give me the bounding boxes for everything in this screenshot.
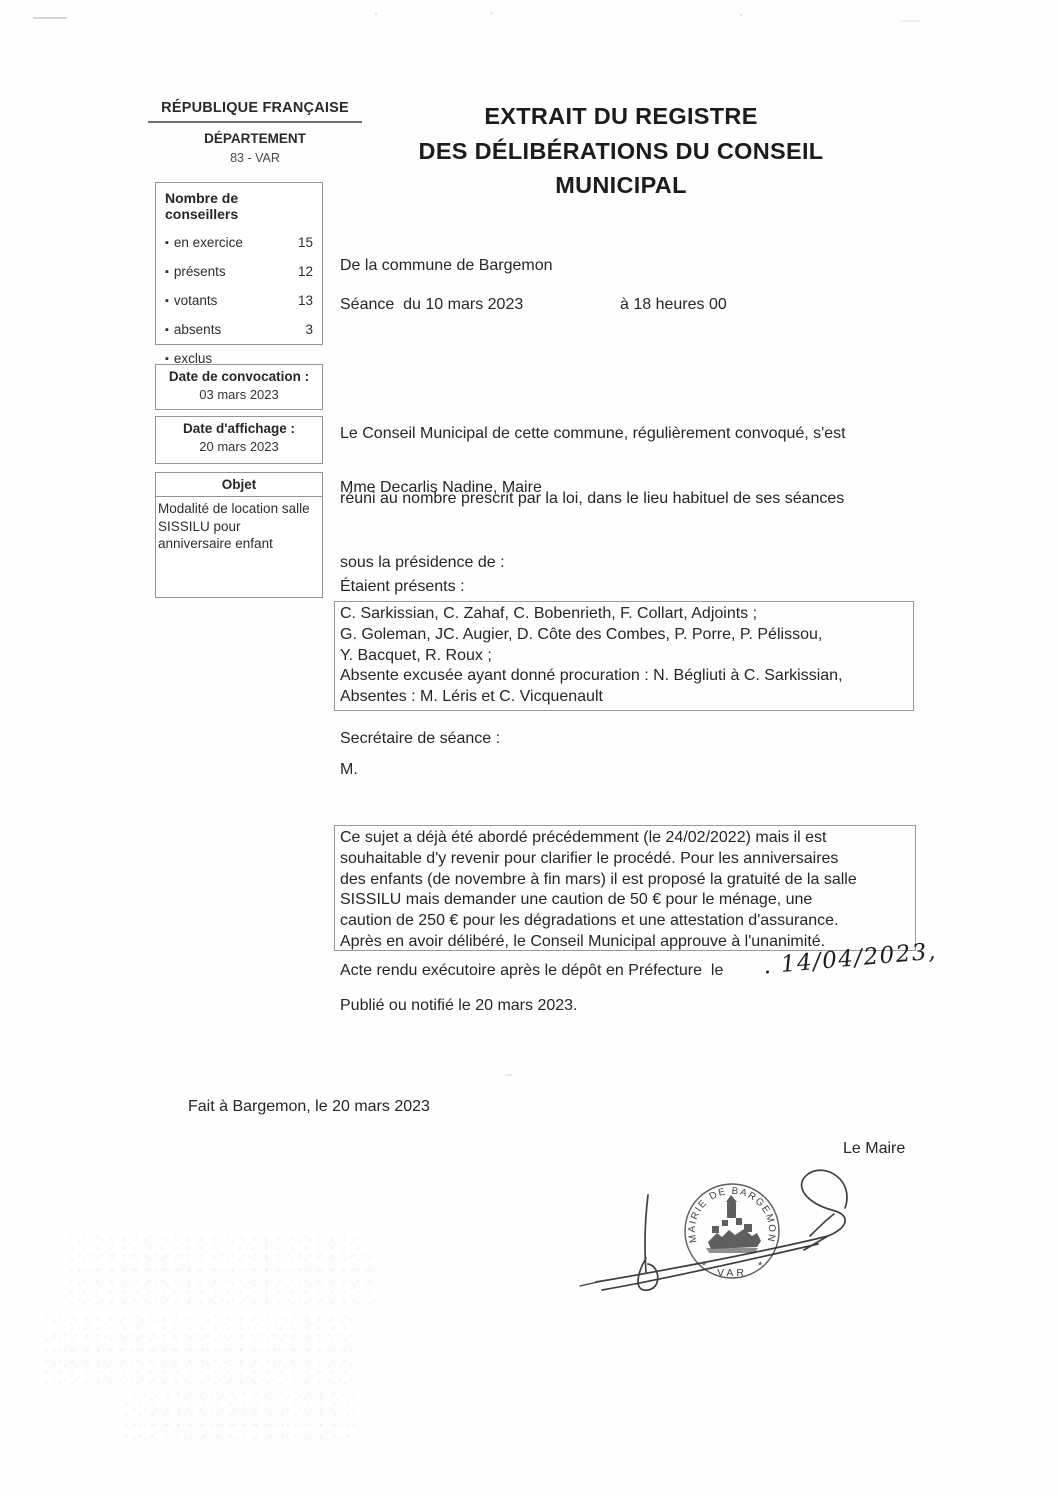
scan-artifact-speck — [740, 14, 742, 16]
header-left: RÉPUBLIQUE FRANÇAISE DÉPARTEMENT 83 - VA… — [148, 100, 362, 165]
title-line-3: MUNICIPAL — [385, 168, 857, 203]
presents-box: C. Sarkissian, C. Zahaf, C. Bobenrieth, … — [334, 601, 914, 711]
secretaire-label: Secrétaire de séance : — [340, 730, 500, 748]
conseillers-row-label: absents — [174, 322, 306, 338]
title-line-1: EXTRAIT DU REGISTRE — [385, 99, 857, 134]
document-title: EXTRAIT DU REGISTRE DES DÉLIBÉRATIONS DU… — [385, 99, 857, 203]
intro-line: Le Conseil Municipal de cette commune, r… — [340, 423, 846, 445]
objet-body: Modalité de location salle SISSILU pour … — [156, 497, 322, 553]
presents-line: C. Sarkissian, C. Zahaf, C. Bobenrieth, … — [340, 604, 908, 625]
objet-line: SISSILU pour — [156, 518, 322, 536]
convocation-heading: Date de convocation : — [160, 369, 318, 384]
scan-artifact-speck — [375, 13, 377, 15]
bullet-icon: ▪ — [165, 293, 169, 309]
objet-line: Modalité de location salle — [156, 500, 322, 518]
maire-signature — [560, 1140, 890, 1315]
conseillers-row-label: présents — [174, 264, 298, 280]
presents-line: Y. Bacquet, R. Roux ; — [340, 646, 908, 667]
commune-line: De la commune de Bargemon — [340, 257, 553, 275]
republique-label: RÉPUBLIQUE FRANÇAISE — [148, 100, 362, 116]
secretaire-value: M. — [340, 761, 358, 779]
document-page: RÉPUBLIQUE FRANÇAISE DÉPARTEMENT 83 - VA… — [0, 0, 1058, 1496]
conseillers-row: ▪ présents 12 — [165, 264, 313, 280]
bleed-through-artifact — [70, 1235, 380, 1305]
scan-artifact-speck — [505, 1074, 512, 1076]
conseillers-row: ▪ votants 13 — [165, 293, 313, 309]
scan-artifact-dash — [33, 17, 67, 19]
deliberation-line: souhaitable d'y revenir pour clarifier l… — [340, 849, 910, 870]
affichage-date: 20 mars 2023 — [160, 439, 318, 454]
conseillers-row: ▪ en exercice 15 — [165, 235, 313, 251]
presents-label: Étaient présents : — [340, 578, 465, 596]
conseillers-row-value: 3 — [305, 322, 313, 338]
objet-box: Objet Modalité de location salle SISSILU… — [155, 472, 323, 598]
conseillers-row-value: 12 — [298, 264, 313, 280]
objet-heading: Objet — [156, 473, 322, 497]
convocation-box: Date de convocation : 03 mars 2023 — [155, 364, 323, 410]
conseillers-row-value: 13 — [298, 293, 313, 309]
deliberation-line: Ce sujet a déjà été abordé précédemment … — [340, 828, 910, 849]
departement-code: 83 - VAR — [148, 151, 362, 165]
bullet-icon: ▪ — [165, 264, 169, 280]
departement-label: DÉPARTEMENT — [148, 131, 362, 146]
publie-line: Publié ou notifié le 20 mars 2023. — [340, 997, 577, 1015]
executoire-line: Acte rendu exécutoire après le dépôt en … — [340, 962, 723, 980]
presents-line: G. Goleman, JC. Augier, D. Côte des Comb… — [340, 625, 908, 646]
conseillers-row-label: votants — [174, 293, 298, 309]
convocation-date: 03 mars 2023 — [160, 387, 318, 402]
conseillers-row-value: 15 — [298, 235, 313, 251]
maire-line: Mme Decarlis Nadine, Maire — [340, 479, 542, 497]
seance-line: Séance du 10 mars 2023 — [340, 296, 523, 314]
scan-artifact-smudge — [900, 20, 920, 22]
affichage-box: Date d'affichage : 20 mars 2023 — [155, 416, 323, 464]
deliberation-line: des enfants (de novembre à fin mars) il … — [340, 870, 910, 891]
affichage-heading: Date d'affichage : — [160, 421, 318, 436]
deliberation-line: SISSILU mais demander une caution de 50 … — [340, 890, 910, 911]
conseillers-row-label: en exercice — [174, 235, 298, 251]
heure-line: à 18 heures 00 — [620, 296, 727, 314]
intro-line: sous la présidence de : — [340, 552, 846, 574]
presents-line: Absente excusée ayant donné procuration … — [340, 666, 908, 687]
header-divider — [148, 121, 362, 123]
conseillers-row: ▪ absents 3 — [165, 322, 313, 338]
fait-line: Fait à Bargemon, le 20 mars 2023 — [188, 1098, 430, 1116]
deliberation-box: Ce sujet a déjà été abordé précédemment … — [334, 825, 916, 951]
conseillers-heading: Nombre de conseillers — [165, 190, 313, 222]
bullet-icon: ▪ — [165, 235, 169, 251]
bleed-through-artifact — [125, 1390, 355, 1445]
presents-line: Absentes : M. Léris et C. Vicquenault — [340, 687, 908, 708]
conseillers-box: Nombre de conseillers ▪ en exercice 15 ▪… — [155, 182, 323, 345]
bullet-icon: ▪ — [165, 322, 169, 338]
bleed-through-artifact — [45, 1315, 355, 1385]
objet-line: anniversaire enfant — [156, 535, 322, 553]
scan-artifact-speck — [490, 12, 493, 14]
deliberation-line: caution de 250 € pour les dégradations e… — [340, 911, 910, 932]
title-line-2: DES DÉLIBÉRATIONS DU CONSEIL — [385, 134, 857, 169]
